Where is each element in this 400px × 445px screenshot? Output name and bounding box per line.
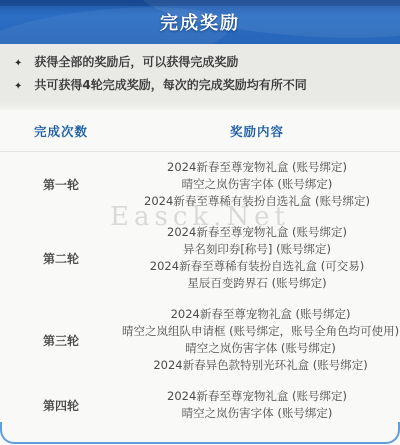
panel-header: 完成奖励 地下城与勇士 <box>0 0 400 44</box>
reward-item: 2024新春至尊稀有装扮自选礼盒 (账号绑定) <box>122 193 392 210</box>
round-label: 第四轮 <box>0 397 122 414</box>
reward-item: 2024新春至尊宠物礼盒 (账号绑定) <box>122 224 392 241</box>
table-header-row: 完成次数 奖励内容 <box>0 110 400 152</box>
column-header-rewards: 奖励内容 <box>122 122 400 140</box>
rewards-table: 完成次数 奖励内容 第一轮 2024新春至尊宠物礼盒 (账号绑定)晴空之岚伤害字… <box>0 110 400 429</box>
reward-lines: 2024新春至尊宠物礼盒 (账号绑定)晴空之岚伤害字体 (账号绑定) <box>122 388 400 422</box>
round-label: 第三轮 <box>0 332 122 349</box>
note-item: ✦ 共可获得4轮完成奖励，每次的完成奖励均有所不同 <box>12 77 390 95</box>
note-text: 获得全部的奖励后，可以获得完成奖励 <box>34 54 238 70</box>
reward-item: 晴空之岚伤害字体 (账号绑定) <box>122 405 392 422</box>
reward-item: 晴空之岚组队申请框 (账号绑定，账号全角色均可使用) <box>122 323 399 340</box>
reward-item: 2024新春至尊宠物礼盒 (账号绑定) <box>122 159 392 176</box>
reward-panel: 完成奖励 地下城与勇士 ✦ 获得全部的奖励后，可以获得完成奖励 ✦ 共可获得4轮… <box>0 0 400 445</box>
round-label: 第一轮 <box>0 176 122 193</box>
reward-item: 2024新春至尊稀有装扮自选礼盒 (可交易) <box>122 258 392 275</box>
reward-item: 晴空之岚伤害字体 (账号绑定) <box>122 176 392 193</box>
table-row: 第二轮 2024新春至尊宠物礼盒 (账号绑定)异名刻印券[称号] (账号绑定)2… <box>0 217 400 299</box>
note-item: ✦ 获得全部的奖励后，可以获得完成奖励 <box>12 54 390 72</box>
reward-item: 2024新春异色款特别光环礼盒 (账号绑定) <box>122 357 399 374</box>
note-text: 共可获得4轮完成奖励，每次的完成奖励均有所不同 <box>34 77 306 93</box>
table-body: 第一轮 2024新春至尊宠物礼盒 (账号绑定)晴空之岚伤害字体 (账号绑定)20… <box>0 152 400 429</box>
round-label: 第二轮 <box>0 250 122 267</box>
notes-section: ✦ 获得全部的奖励后，可以获得完成奖励 ✦ 共可获得4轮完成奖励，每次的完成奖励… <box>0 44 400 110</box>
reward-lines: 2024新春至尊宠物礼盒 (账号绑定)异名刻印券[称号] (账号绑定)2024新… <box>122 224 400 292</box>
reward-item: 2024新春至尊宠物礼盒 (账号绑定) <box>122 388 392 405</box>
reward-item: 星辰百变跨界石 (账号绑定) <box>122 275 392 292</box>
reward-lines: 2024新春至尊宠物礼盒 (账号绑定)晴空之岚伤害字体 (账号绑定)2024新春… <box>122 159 400 210</box>
reward-lines: 2024新春至尊宠物礼盒 (账号绑定)晴空之岚组队申请框 (账号绑定，账号全角色… <box>122 306 400 374</box>
table-row: 第一轮 2024新春至尊宠物礼盒 (账号绑定)晴空之岚伤害字体 (账号绑定)20… <box>0 152 400 217</box>
panel-title: 完成奖励 <box>0 0 400 35</box>
reward-item: 2024新春至尊宠物礼盒 (账号绑定) <box>122 306 399 323</box>
table-row: 第四轮 2024新春至尊宠物礼盒 (账号绑定)晴空之岚伤害字体 (账号绑定) <box>0 381 400 429</box>
table-row: 第三轮 2024新春至尊宠物礼盒 (账号绑定)晴空之岚组队申请框 (账号绑定，账… <box>0 299 400 381</box>
diamond-bullet-icon: ✦ <box>14 56 22 72</box>
reward-item: 晴空之岚伤害字体 (账号绑定) <box>122 340 399 357</box>
column-header-round: 完成次数 <box>0 122 122 140</box>
reward-item: 异名刻印券[称号] (账号绑定) <box>122 241 392 258</box>
diamond-bullet-icon: ✦ <box>14 79 22 95</box>
